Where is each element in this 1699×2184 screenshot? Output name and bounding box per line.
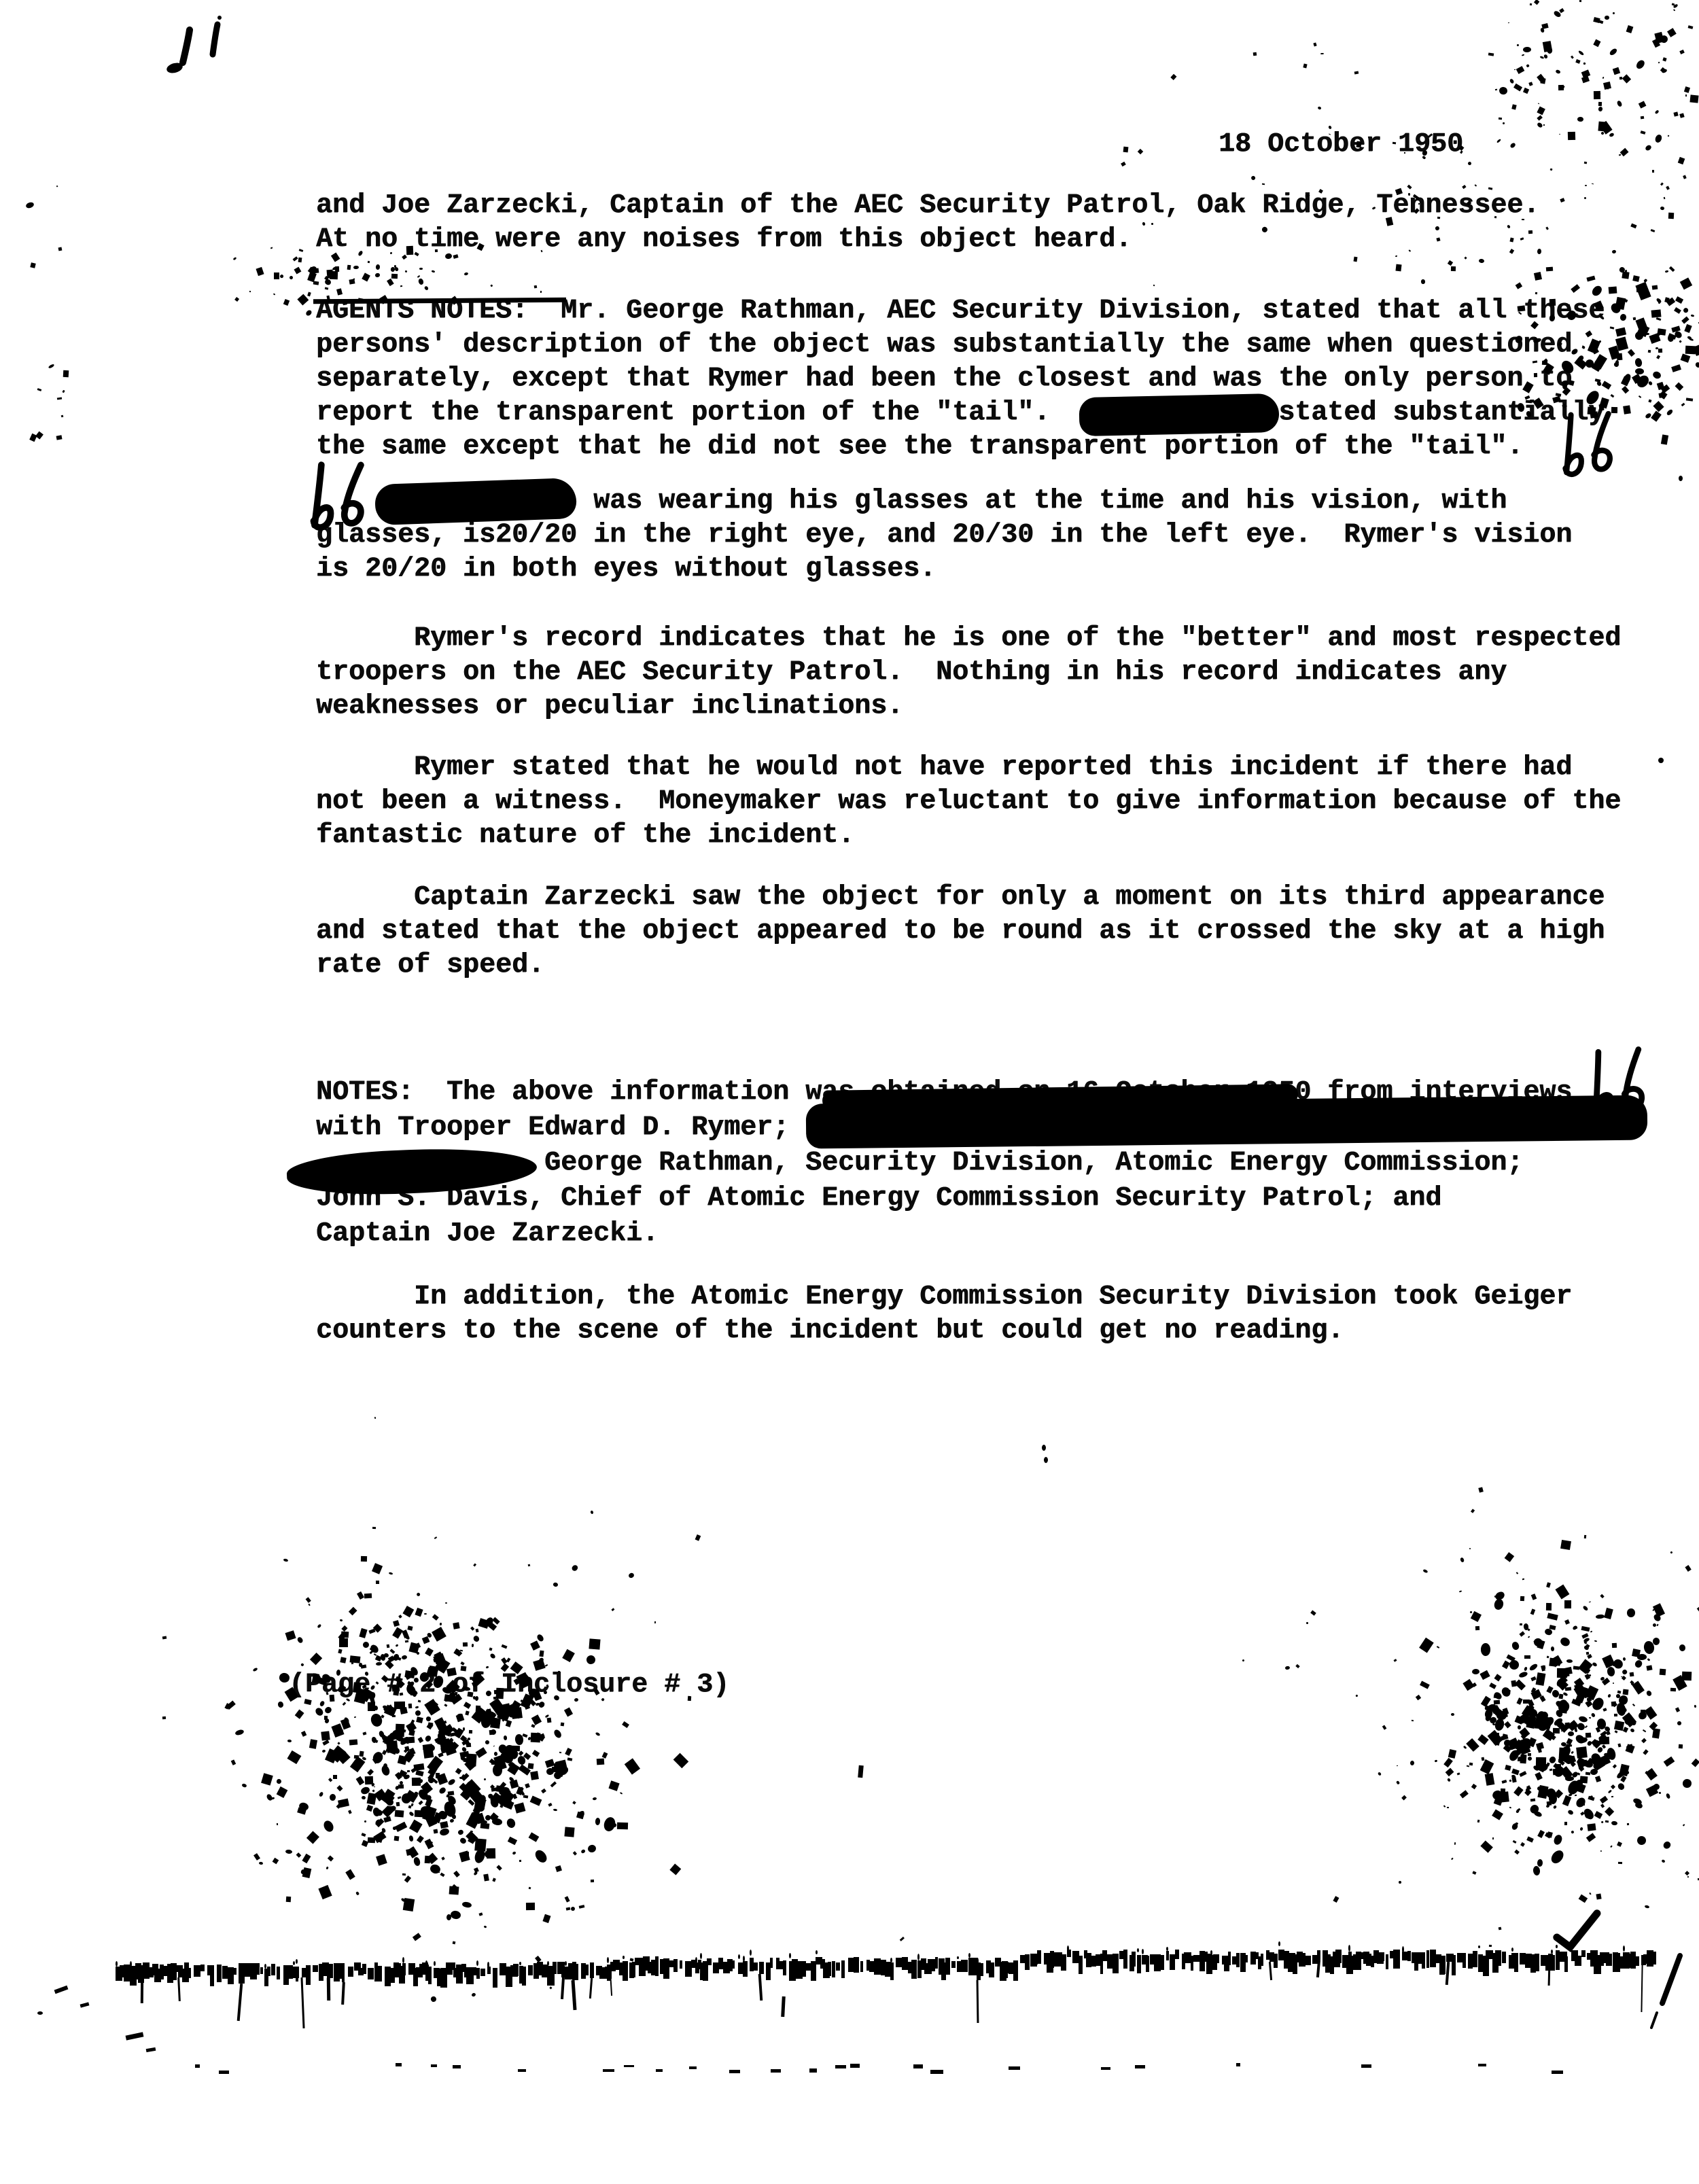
scan-noise — [0, 0, 1699, 2184]
document-page: 18 October 1950 and Joe Zarzecki, Captai… — [0, 0, 1699, 2184]
